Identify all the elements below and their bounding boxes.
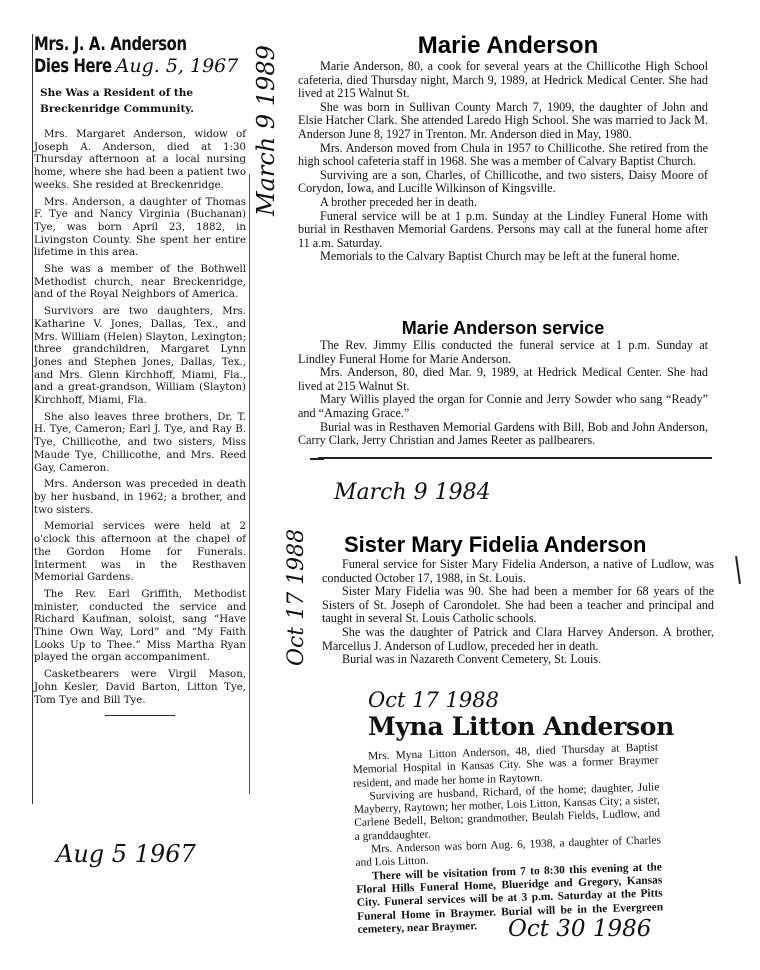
paragraph: Mrs. Anderson, a daughter of Thomas F. T…	[34, 197, 246, 261]
paragraph: Memorials to the Calvary Baptist Church …	[298, 250, 708, 264]
article-body: Mrs. Myna Litton Anderson, 48, died Thur…	[352, 741, 664, 937]
headline-line-1: Mrs. J. A. Anderson	[34, 34, 199, 55]
handwritten-note-aug-5-1967: Aug 5 1967	[56, 840, 196, 868]
article-body: Funeral service for Sister Mary Fidelia …	[322, 558, 714, 667]
paragraph: Surviving are a son, Charles, of Chillic…	[298, 169, 708, 196]
paragraph: A brother preceded her in death.	[298, 196, 708, 210]
paragraph: She also leaves three brothers, Dr. T. H…	[34, 412, 246, 476]
headline: Marie Anderson service	[298, 318, 708, 339]
paragraph: Survivors are two daughters, Mrs. Kathar…	[34, 306, 246, 408]
column-rule-left	[32, 34, 33, 804]
paragraph: She was the daughter of Patrick and Clar…	[322, 626, 714, 653]
paragraph: Marie Anderson, 80, a cook for several y…	[298, 60, 708, 101]
handwritten-date-aug-5-1967-inline: Aug. 5, 1967	[116, 55, 239, 77]
end-rule	[318, 457, 712, 459]
headline-line-2: Dies Here	[34, 56, 112, 77]
clipping-j-a-anderson: Mrs. J. A. Anderson Dies Here Aug. 5, 19…	[34, 34, 246, 716]
handwritten-note-oct-17-1988-vertical: Oct 17 1988	[284, 529, 309, 666]
clipping-sister-mary-fidelia-anderson: Sister Mary Fidelia Anderson Funeral ser…	[322, 532, 714, 667]
article-body: The Rev. Jimmy Ellis conducted the funer…	[298, 339, 708, 448]
paragraph: Mrs. Margaret Anderson, widow of Joseph …	[34, 129, 246, 193]
clipping-marie-anderson: Marie Anderson Marie Anderson, 80, a coo…	[298, 32, 708, 264]
handwritten-note-oct-17-1988: Oct 17 1988	[368, 688, 499, 712]
paragraph: Memorial services were held at 2 o'clock…	[34, 521, 246, 585]
column-rule-right	[249, 174, 250, 794]
end-rule	[105, 715, 175, 716]
paragraph: Mrs. Anderson was preceded in death by h…	[34, 479, 246, 517]
handwritten-note-march-9-1984: March 9 1984	[334, 480, 491, 505]
clipping-edge-mark	[735, 556, 741, 584]
paragraph: Mrs. Anderson, 80, died Mar. 9, 1989, at…	[298, 366, 708, 393]
headline: Marie Anderson	[308, 32, 708, 60]
paragraph: Casketbearers were Virgil Mason, John Ke…	[34, 669, 246, 707]
paragraph: She was born in Sullivan County March 7,…	[298, 101, 708, 142]
article-body: Mrs. Margaret Anderson, widow of Joseph …	[34, 129, 246, 707]
handwritten-note-march-9-1989: March 9 1989	[252, 45, 280, 216]
paragraph: Surviving are husband, Richard, of the h…	[353, 781, 661, 844]
headline: Myna Litton Anderson	[368, 712, 658, 741]
paragraph: Mary Willis played the organ for Connie …	[298, 393, 708, 420]
paragraph: Funeral service for Sister Mary Fidelia …	[322, 558, 714, 585]
handwritten-note-oct-30-1986: Oct 30 1986	[508, 916, 651, 942]
paragraph: Mrs. Anderson moved from Chula in 1957 t…	[298, 142, 708, 169]
paragraph: Sister Mary Fidelia was 90. She had been…	[322, 585, 714, 626]
paragraph: Burial was in Resthaven Memorial Gardens…	[298, 421, 708, 448]
headline: Sister Mary Fidelia Anderson	[344, 532, 714, 558]
paragraph: Funeral service will be at 1 p.m. Sunday…	[298, 210, 708, 251]
subheadline: She Was a Resident of the Breckenridge C…	[40, 85, 246, 117]
paragraph: Burial was in Nazareth Convent Cemetery,…	[322, 653, 714, 667]
clipping-marie-anderson-service: Marie Anderson service The Rev. Jimmy El…	[298, 318, 708, 448]
paragraph: She was a member of the Bothwell Methodi…	[34, 264, 246, 302]
paragraph: The Rev. Earl Griffith, Methodist minist…	[34, 589, 246, 665]
paragraph: The Rev. Jimmy Ellis conducted the funer…	[298, 339, 708, 366]
article-body: Marie Anderson, 80, a cook for several y…	[298, 60, 708, 264]
clipping-myna-litton-anderson: Myna Litton Anderson Mrs. Myna Litton An…	[352, 712, 658, 937]
